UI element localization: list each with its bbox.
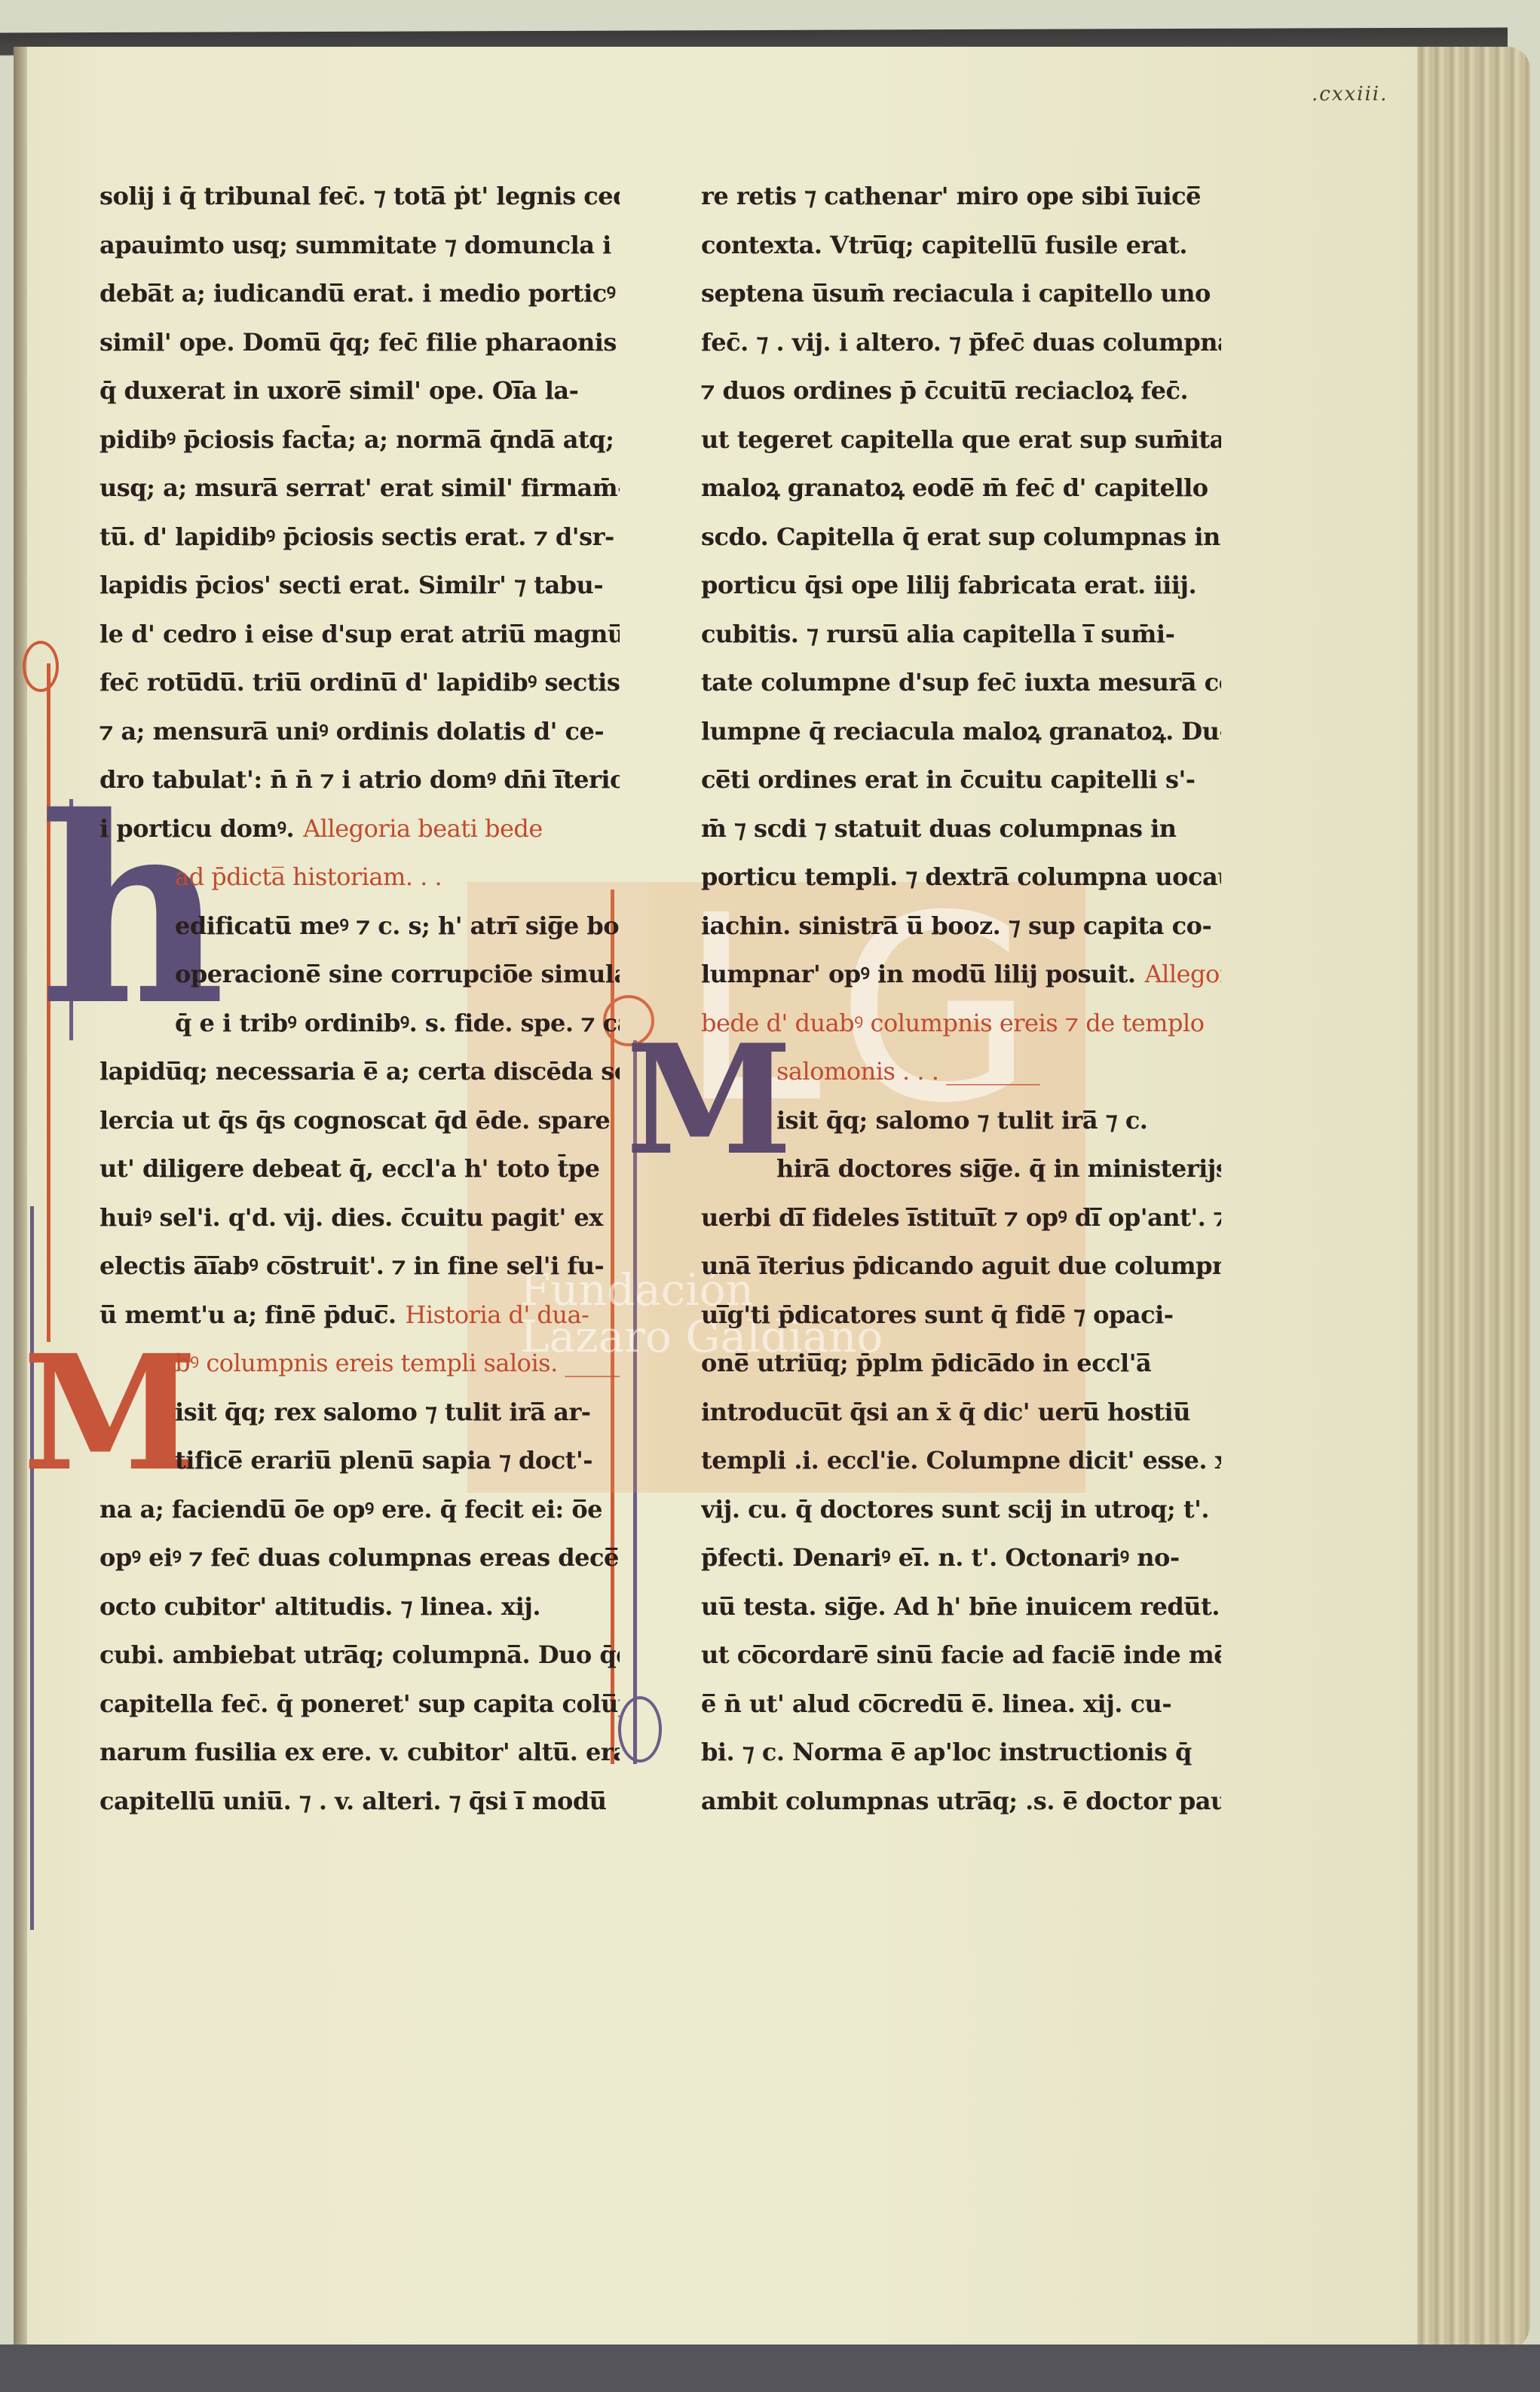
line-text: narum fusilia ex ere. v. cubitor' altu̅.…	[100, 1738, 620, 1766]
text-line: q̄ e i tribꝰ ordinibꝰ. s. fide. spe. ⁊ c…	[100, 999, 620, 1048]
line-text: isit q̄q; salomo ⁊ tulit ira̅ ⁊ c.	[776, 1106, 1147, 1135]
text-line: vij. cu. q̄ doctores sunt scij in utroq;…	[701, 1485, 1221, 1534]
line-text: re retis ⁊ cathenar' miro ope sibi i̅uic…	[701, 182, 1201, 210]
text-line: lumpne q̄ reciacula maloꝝ granatoꝝ. Du-	[701, 707, 1221, 756]
text-line: bi. ⁊ c. Norma e̅ ap'loc instructionis q…	[701, 1728, 1221, 1777]
flourish-icon	[23, 641, 59, 692]
line-text: i porticu domꝰ.	[100, 814, 294, 843]
rubric-heading: bede d' duabꝰ columpnis ereis ⁊ de templ…	[701, 1009, 1205, 1037]
text-line: usq; a; msura̅ serrat' erat simil' firma…	[100, 464, 620, 513]
rubric-heading: Historia d' dua-	[405, 1300, 589, 1329]
line-text: fec̄. ⁊ . vij. i altero. ⁊ p̄fec̄ duas c…	[701, 328, 1221, 357]
text-line: introducu̅t q̄si an x̄ q̄ dic' ueru̅ hos…	[701, 1388, 1221, 1437]
rubric-line: ad p̄dicta̅ historiam. . .	[100, 853, 620, 902]
line-text: le d' cedro i eise d'sup erat atriu̅ mag…	[100, 620, 620, 648]
line-text: huiꝰ sel'i. q'd. vij. dies. c̄cuitu pagi…	[100, 1203, 603, 1232]
text-line: isit q̄q; salomo ⁊ tulit ira̅ ⁊ c.	[701, 1096, 1221, 1145]
text-line: ⁊ duos ordines p̄ c̄cuitu̅ reciacloꝝ fec…	[701, 366, 1221, 415]
text-line: isit q̄q; rex salomo ⁊ tulit ira̅ ar-	[100, 1388, 620, 1437]
line-text: contexta. Vtru̅q; capitellu̅ fusile erat…	[701, 231, 1187, 259]
line-text: solij i q̄ tribunal fec̄. ⁊ tota̅ ṗt' le…	[100, 182, 620, 210]
rubric-line: bede d' duabꝰ columpnis ereis ⁊ de templ…	[701, 999, 1221, 1048]
text-line: capitellu̅ uniu̅. ⁊ . v. alteri. ⁊ q̄si …	[100, 1777, 620, 1826]
text-line: ambit columpnas utra̅q; .s. e̅ doctor pa…	[701, 1777, 1221, 1826]
line-text: tate columpne d'sup fec̄ iuxta mesura̅ c…	[701, 668, 1221, 697]
line-text: iachin. sinistra̅ u̅ booz. ⁊ sup capita …	[701, 911, 1211, 940]
text-line: electis a̅i̅abꝰ co̅struit'. ⁊ in fine se…	[100, 1242, 620, 1291]
line-text: introducu̅t q̄si an x̄ q̄ dic' ueru̅ hos…	[701, 1398, 1190, 1426]
text-line: narum fusilia ex ere. v. cubitor' altu̅.…	[100, 1728, 620, 1777]
text-column-left: solij i q̄ tribunal fec̄. ⁊ tota̅ ṗt' le…	[100, 172, 620, 1825]
text-line: porticu q̄si ope lilij fabricata erat. i…	[701, 561, 1221, 610]
text-line: le d' cedro i eise d'sup erat atriu̅ mag…	[100, 610, 620, 659]
text-line: operacione̅ sine corrupcio̅e simulacioi̅	[100, 950, 620, 999]
line-text: pidibꝰ p̄ciosis fact̄a; a; norma̅ q̄nda̅…	[100, 425, 614, 454]
line-text: una̅ i̅terius p̄dicando aguit due colump…	[701, 1251, 1221, 1280]
line-text: dro tabulat': n̄ n̄ ⁊ i atrio domꝰ dn̄i …	[100, 765, 620, 794]
line-text: ut tegeret capitella que erat sup sum̄it…	[701, 425, 1221, 454]
line-text: cubi. ambiebat utra̅q; columpna̅. Duo q̄…	[100, 1640, 620, 1669]
line-text: one̅ utriu̅q; p̄plm p̄dica̅do in eccl'a̅	[701, 1349, 1151, 1377]
line-text: uu̅ testa. sig̅e. Ad h' bn̄e inuicem red…	[701, 1592, 1220, 1621]
text-line: ut tegeret capitella que erat sup sum̄it…	[701, 415, 1221, 464]
flourish-icon	[618, 1696, 662, 1763]
book-fore-edge	[1417, 47, 1530, 2354]
text-line: una̅ i̅terius p̄dicando aguit due colump…	[701, 1242, 1221, 1291]
text-line: cubitis. ⁊ rursu̅ alia capitella i̅ sum̄…	[701, 610, 1221, 659]
text-line: templi .i. eccl'ie. Columpne dicit' esse…	[701, 1436, 1221, 1485]
text-line: tu̅. d' lapidibꝰ p̄ciosis sectis erat. ⁊…	[100, 513, 620, 562]
text-line: fec̄. ⁊ . vij. i altero. ⁊ p̄fec̄ duas c…	[701, 318, 1221, 367]
line-text: na a; faciendu̅ o̅e opꝰ ere. q̄ fecit ei…	[100, 1495, 602, 1524]
line-text: hira̅ doctores sig̅e. q̄ in ministerijs	[776, 1154, 1221, 1183]
rubric-line: salomonis . . . ________	[701, 1047, 1221, 1096]
line-text: edificatu̅ meꝰ ⁊ c. s; h' atri̅ sig̅e bo…	[175, 911, 620, 940]
line-text: cubitis. ⁊ rursu̅ alia capitella i̅ sum̄…	[701, 620, 1174, 648]
text-line: re retis ⁊ cathenar' miro ope sibi i̅uic…	[701, 172, 1221, 221]
text-line: one̅ utriu̅q; p̄plm p̄dica̅do in eccl'a̅	[701, 1339, 1221, 1388]
line-text: scdo. Capitella q̄ erat sup columpnas in	[701, 522, 1220, 551]
text-line: na a; faciendu̅ o̅e opꝰ ere. q̄ fecit ei…	[100, 1485, 620, 1534]
text-line: ui̅g'ti p̄dicatores sunt q̄ fide̅ ⁊ opac…	[701, 1291, 1221, 1340]
page-gutter	[14, 47, 27, 2354]
line-text: bi. ⁊ c. Norma e̅ ap'loc instructionis q…	[701, 1738, 1192, 1766]
line-text: templi .i. eccl'ie. Columpne dicit' esse…	[701, 1446, 1221, 1475]
text-line: p̄fecti. Denariꝰ ei̅. n. t'. Octonariꝰ n…	[701, 1533, 1221, 1582]
line-text: opꝰ eiꝰ ⁊ fec̄ duas columpnas ereas dece…	[100, 1543, 620, 1572]
line-text: ut co̅cordare̅ sinu̅ facie ad facie̅ ind…	[701, 1640, 1221, 1669]
line-text: ⁊ duos ordines p̄ c̄cuitu̅ reciacloꝝ fec…	[701, 376, 1188, 405]
line-text: lumpnar' opꝰ in modu̅ lilij posuit.	[701, 960, 1136, 988]
text-line: u̅ memt'u a; fine̅ p̄duc̅.Historia d' du…	[100, 1291, 620, 1340]
text-line: i porticu domꝰ.Allegoria beati bede	[100, 804, 620, 853]
text-line: fec̄ rotu̅du̅. triu̅ ordinu̅ d' lapidibꝰ…	[100, 658, 620, 707]
text-line: e̅ n̄ ut' alud co̅credu̅ e̅. linea. xij.…	[701, 1680, 1221, 1729]
text-line: opꝰ eiꝰ ⁊ fec̄ duas columpnas ereas dece…	[100, 1533, 620, 1582]
text-line: huiꝰ sel'i. q'd. vij. dies. c̄cuitu pagi…	[100, 1193, 620, 1242]
line-text: operacione̅ sine corrupcio̅e simulacioi̅	[175, 960, 620, 988]
line-text: porticu q̄si ope lilij fabricata erat. i…	[701, 571, 1196, 599]
line-text: e̅ n̄ ut' alud co̅credu̅ e̅. linea. xij.…	[701, 1689, 1171, 1718]
text-line: iachin. sinistra̅ u̅ booz. ⁊ sup capita …	[701, 902, 1221, 951]
line-text: lercia ut q̄s q̄s cognoscat q̄d ēde. spa…	[100, 1106, 610, 1135]
initial-m-left-border-purple	[30, 1206, 34, 1930]
line-text: lapidu̅q; necessaria e̅ a; certa discēda…	[100, 1057, 620, 1086]
line-text: ⁊ a; mensura̅ uniꝰ ordinis dolatis d' ce…	[100, 717, 604, 746]
line-text: lumpne q̄ reciacula maloꝝ granatoꝝ. Du-	[701, 717, 1221, 746]
text-line: lumpnar' opꝰ in modu̅ lilij posuit.Alleg…	[701, 950, 1221, 999]
line-text: ambit columpnas utra̅q; .s. e̅ doctor pa…	[701, 1787, 1221, 1815]
text-line: edificatu̅ meꝰ ⁊ c. s; h' atri̅ sig̅e bo…	[100, 902, 620, 951]
text-line: porticu templi. ⁊ dextra̅ columpna uocau…	[701, 853, 1221, 902]
text-line: apauimto usq; summitate ⁊ domuncla i q̄ …	[100, 221, 620, 270]
line-text: simil' ope. Domu̅ q̄q; fec̄ filie pharao…	[100, 328, 617, 357]
text-line: capitella fec̄. q̄ poneret' sup capita c…	[100, 1680, 620, 1729]
text-line: hira̅ doctores sig̅e. q̄ in ministerijs	[701, 1144, 1221, 1193]
text-column-right: re retis ⁊ cathenar' miro ope sibi i̅uic…	[701, 172, 1221, 1825]
line-text: q̄ duxerat in uxore̅ simil' ope. Oi̅a la…	[100, 376, 578, 405]
line-text: p̄fecti. Denariꝰ ei̅. n. t'. Octonariꝰ n…	[701, 1543, 1180, 1572]
text-line: scdo. Capitella q̄ erat sup columpnas in	[701, 513, 1221, 562]
text-line: ut' diligere debeat q̄, eccl'a h' toto t…	[100, 1144, 620, 1193]
text-line: deba̅t a; iudicandu̅ erat. i medio porti…	[100, 269, 620, 318]
background-surface	[0, 2345, 1540, 2392]
line-text: capitellu̅ uniu̅. ⁊ . v. alteri. ⁊ q̄si …	[100, 1787, 607, 1815]
text-line: simil' ope. Domu̅ q̄q; fec̄ filie pharao…	[100, 318, 620, 367]
line-text: capitella fec̄. q̄ poneret' sup capita c…	[100, 1689, 620, 1718]
text-line: contexta. Vtru̅q; capitellu̅ fusile erat…	[701, 221, 1221, 270]
line-text: septena u̅sum̄ reciacula i capitello uno	[701, 279, 1211, 308]
line-text: porticu templi. ⁊ dextra̅ columpna uocau…	[701, 862, 1221, 891]
text-line: lapidis p̄cios' secti erat. Similr' ⁊ ta…	[100, 561, 620, 610]
text-line: dro tabulat': n̄ n̄ ⁊ i atrio domꝰ dn̄i …	[100, 755, 620, 804]
folio-number: .cxxiii.	[1312, 83, 1388, 106]
text-line: lapidu̅q; necessaria e̅ a; certa discēda…	[100, 1047, 620, 1096]
rubric-heading: Allegoria	[1145, 960, 1221, 988]
text-line: uu̅ testa. sig̅e. Ad h' bn̄e inuicem red…	[701, 1582, 1221, 1631]
line-text: lapidis p̄cios' secti erat. Similr' ⁊ ta…	[100, 571, 603, 599]
line-text: m̄ ⁊ scdi ⁊ statuit duas columpnas in	[701, 814, 1177, 843]
line-text: maloꝝ granatoꝝ eode̅ m̄ fec̄ d' capitell…	[701, 473, 1208, 502]
text-line: tate columpne d'sup fec̄ iuxta mesura̅ c…	[701, 658, 1221, 707]
line-text: tu̅. d' lapidibꝰ p̄ciosis sectis erat. ⁊…	[100, 522, 614, 551]
text-line: ⁊ a; mensura̅ uniꝰ ordinis dolatis d' ce…	[100, 707, 620, 756]
text-line: octo cubitor' altitudis. ⁊ linea. xij.	[100, 1582, 620, 1631]
text-line: solij i q̄ tribunal fec̄. ⁊ tota̅ ṗt' le…	[100, 172, 620, 221]
line-text: fec̄ rotu̅du̅. triu̅ ordinu̅ d' lapidibꝰ…	[100, 668, 620, 697]
line-text: usq; a; msura̅ serrat' erat simil' firma…	[100, 473, 620, 502]
text-line: tifice̅ erariu̅ plenu̅ sapia ⁊ doct'-	[100, 1436, 620, 1485]
line-text: q̄ e i tribꝰ ordinibꝰ. s. fide. spe. ⁊ c…	[175, 1009, 620, 1037]
text-line: m̄ ⁊ scdi ⁊ statuit duas columpnas in	[701, 804, 1221, 853]
line-text: vij. cu. q̄ doctores sunt scij in utroq;…	[701, 1495, 1209, 1524]
rubric-heading: Allegoria beati bede	[303, 814, 543, 843]
text-line: lercia ut q̄s q̄s cognoscat q̄d ēde. spa…	[100, 1096, 620, 1145]
line-text: uerbi di̅ fideles i̅stitui̅t ⁊ opꝰ di̅ o…	[701, 1203, 1221, 1232]
line-text: ce̅ti ordines erat in c̄cuitu capitelli …	[701, 765, 1196, 794]
text-line: pidibꝰ p̄ciosis fact̄a; a; norma̅ q̄nda̅…	[100, 415, 620, 464]
line-text: apauimto usq; summitate ⁊ domuncla i q̄ …	[100, 231, 620, 259]
rubric-heading: salomonis . . . ________	[776, 1057, 1039, 1086]
line-text: isit q̄q; rex salomo ⁊ tulit ira̅ ar-	[175, 1398, 591, 1426]
line-text: tifice̅ erariu̅ plenu̅ sapia ⁊ doct'-	[175, 1446, 592, 1475]
text-line: q̄ duxerat in uxore̅ simil' ope. Oi̅a la…	[100, 366, 620, 415]
rubric-line: bꝰ columpnis ereis templi salois. _____	[100, 1339, 620, 1388]
rubric-heading: bꝰ columpnis ereis templi salois. _____	[175, 1349, 620, 1377]
text-line: ut co̅cordare̅ sinu̅ facie ad facie̅ ind…	[701, 1631, 1221, 1680]
line-text: u̅ memt'u a; fine̅ p̄duc̅.	[100, 1300, 396, 1329]
text-line: ce̅ti ordines erat in c̄cuitu capitelli …	[701, 755, 1221, 804]
text-line: septena u̅sum̄ reciacula i capitello uno	[701, 269, 1221, 318]
line-text: ut' diligere debeat q̄, eccl'a h' toto t…	[100, 1154, 599, 1183]
line-text: deba̅t a; iudicandu̅ erat. i medio porti…	[100, 279, 615, 308]
text-line: cubi. ambiebat utra̅q; columpna̅. Duo q̄…	[100, 1631, 620, 1680]
text-line: uerbi di̅ fideles i̅stitui̅t ⁊ opꝰ di̅ o…	[701, 1193, 1221, 1242]
rubric-heading: ad p̄dicta̅ historiam. . .	[175, 862, 442, 891]
text-line: maloꝝ granatoꝝ eode̅ m̄ fec̄ d' capitell…	[701, 464, 1221, 513]
line-text: ui̅g'ti p̄dicatores sunt q̄ fide̅ ⁊ opac…	[701, 1300, 1174, 1329]
line-text: electis a̅i̅abꝰ co̅struit'. ⁊ in fine se…	[100, 1251, 604, 1280]
line-text: octo cubitor' altitudis. ⁊ linea. xij.	[100, 1592, 540, 1621]
